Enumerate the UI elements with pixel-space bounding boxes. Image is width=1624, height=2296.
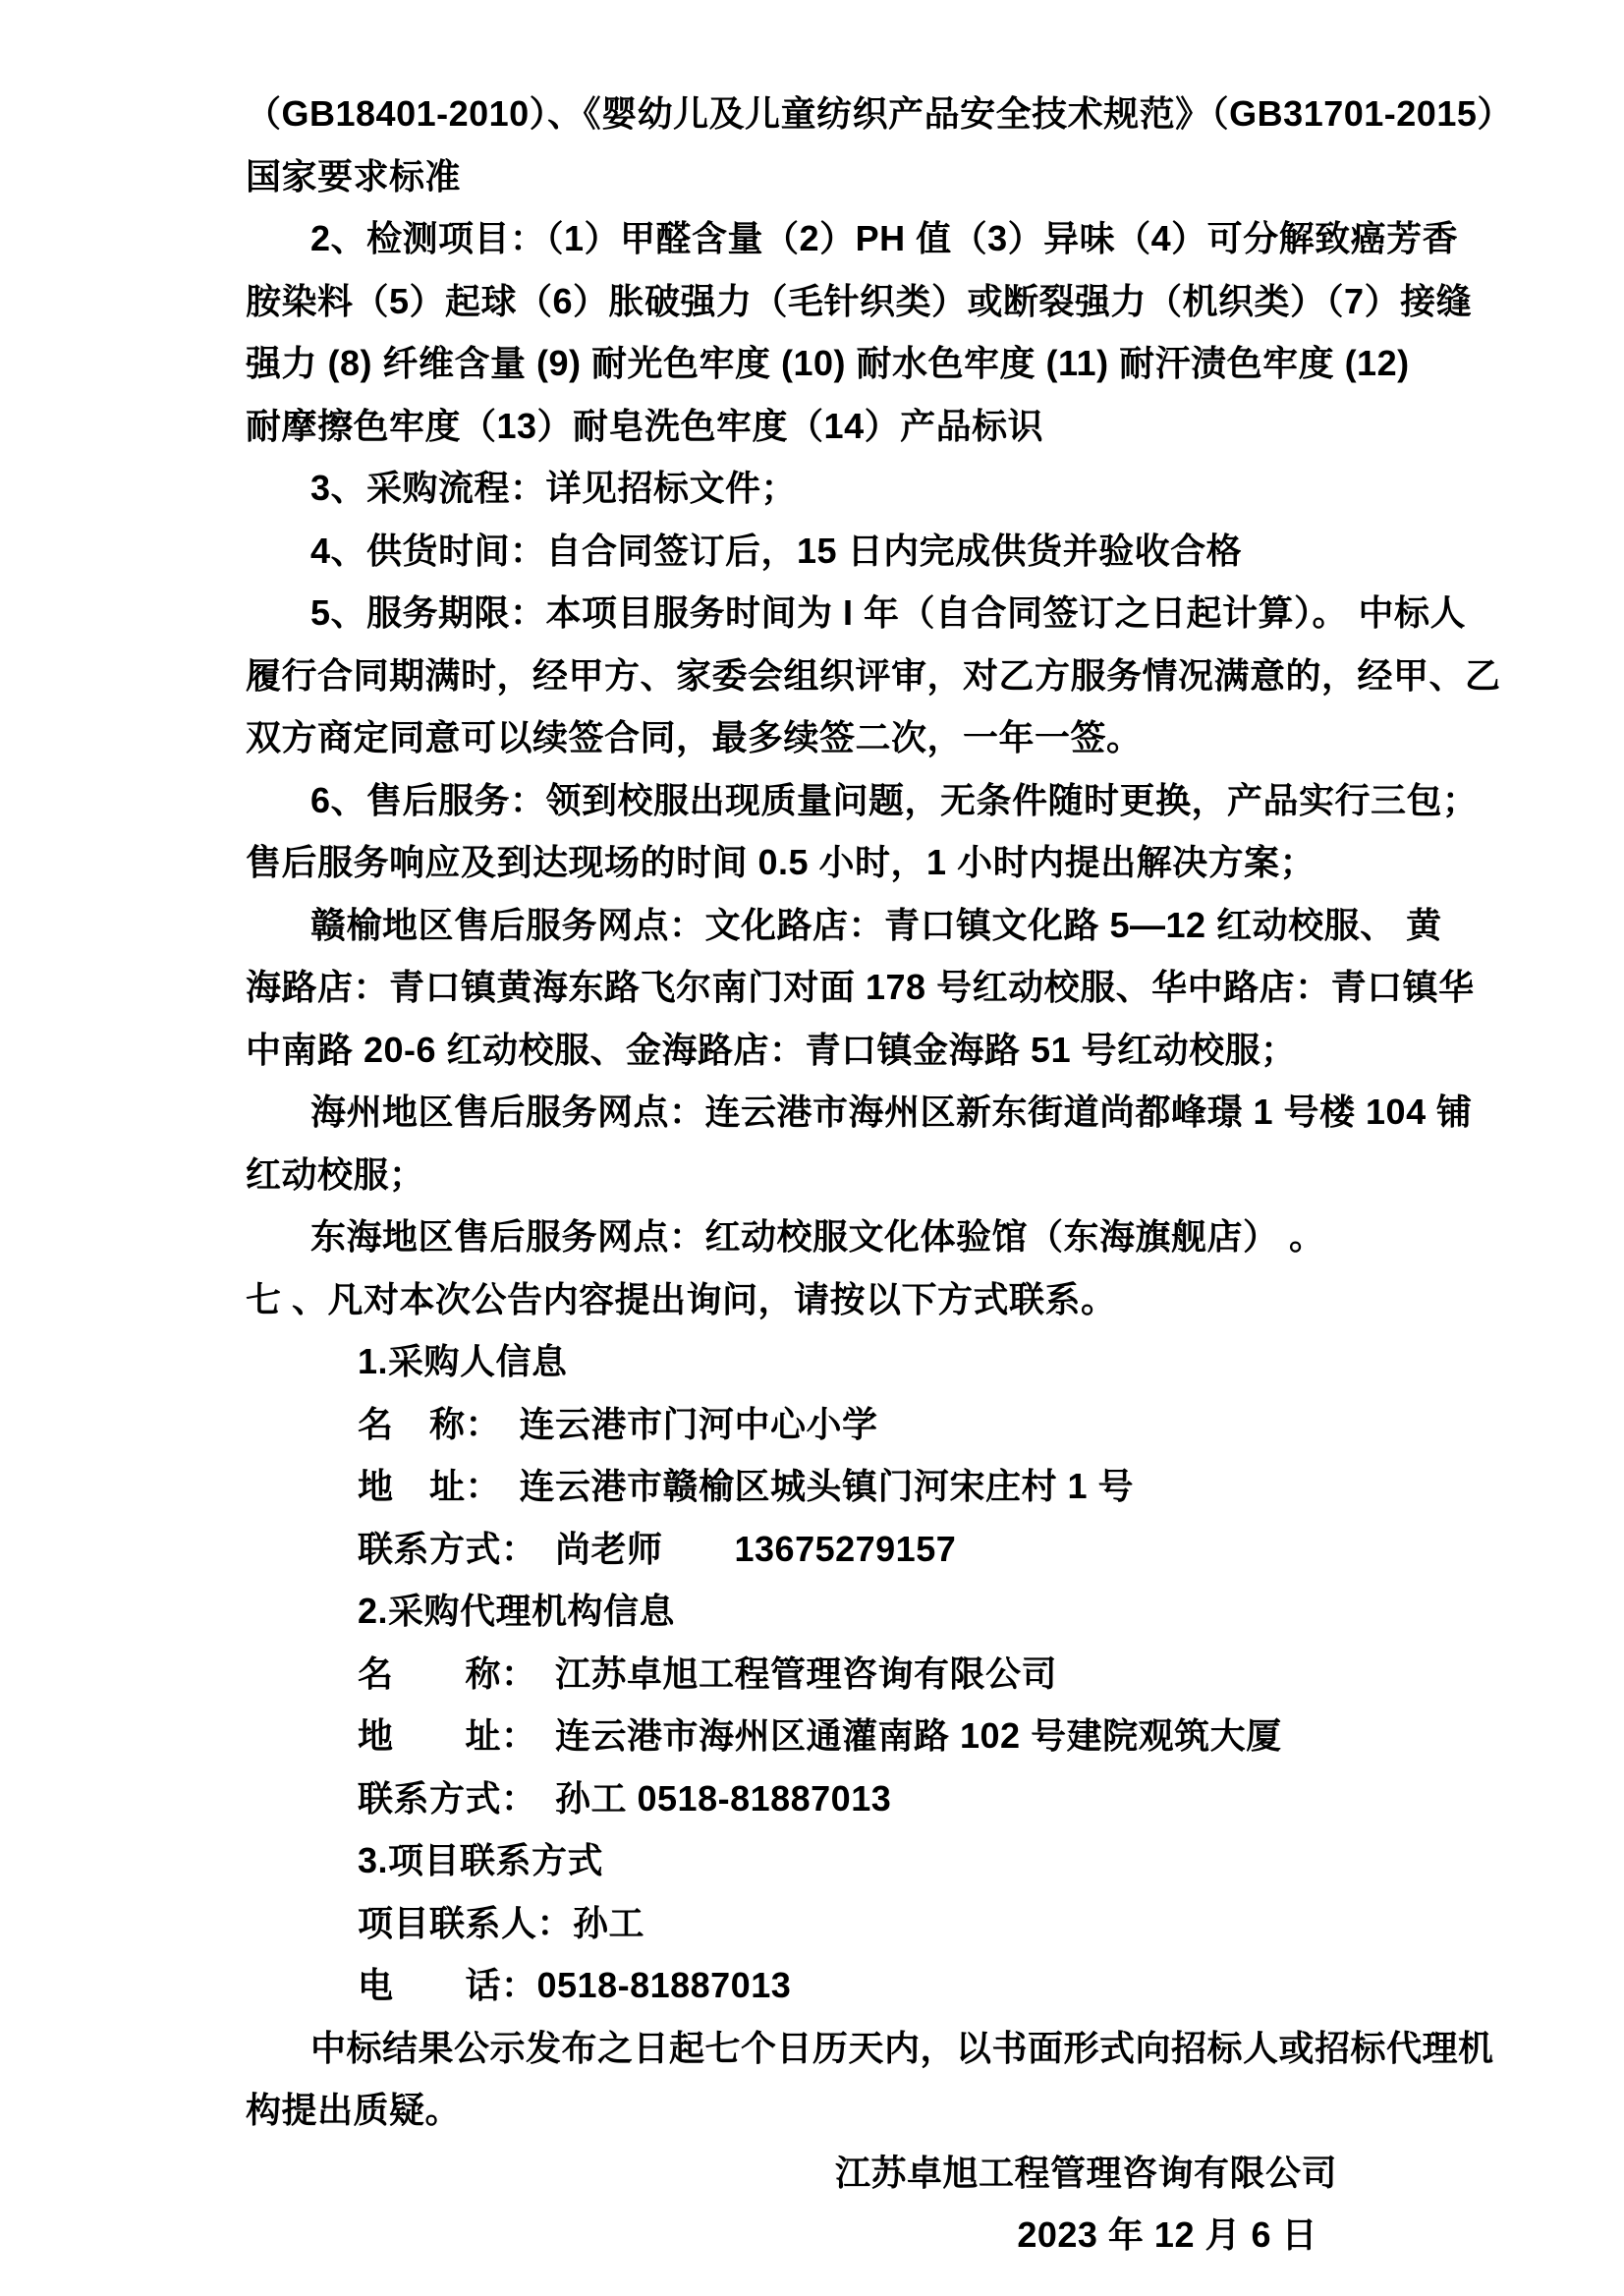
doc-line: 海路店：青口镇黄海东路飞尔南门对面 178 号红动校服、华中路店：青口镇华 bbox=[246, 956, 1380, 1019]
doc-line: 双方商定同意可以续签合同，最多续签二次，一年一签。 bbox=[246, 706, 1380, 769]
purchaser-address: 地 址： 连云港市赣榆区城头镇门河宋庄村 1 号 bbox=[246, 1455, 1380, 1518]
agency-address: 地 址： 连云港市海州区通灌南路 102 号建院观筑大厦 bbox=[246, 1705, 1380, 1767]
doc-line: 红动校服； bbox=[246, 1144, 1380, 1206]
purchaser-contact: 联系方式： 尚老师 13675279157 bbox=[246, 1518, 1380, 1581]
purchaser-info-heading: 1.采购人信息 bbox=[246, 1330, 1380, 1393]
doc-line: 6、售后服务：领到校服出现质量问题，无条件随时更换，产品实行三包； bbox=[246, 769, 1380, 832]
doc-line: 海州地区售后服务网点：连云港市海州区新东街道尚都峰璟 1 号楼 104 铺 bbox=[246, 1081, 1380, 1144]
project-contact-heading: 3.项目联系方式 bbox=[246, 1829, 1380, 1892]
doc-line: 东海地区售后服务网点：红动校服文化体验馆（东海旗舰店） 。 bbox=[246, 1205, 1380, 1268]
doc-line: 胺染料（5）起球（6）胀破强力（毛针织类）或断裂强力（机织类）（7）接缝 bbox=[246, 270, 1380, 333]
document-body: （GB18401-2010）、《婴幼儿及儿童纺织产品安全技术规范》（GB3170… bbox=[246, 83, 1380, 2267]
agency-name: 名 称： 江苏卓旭工程管理咨询有限公司 bbox=[246, 1643, 1380, 1706]
doc-line: 售后服务响应及到达现场的时间 0.5 小时，1 小时内提出解决方案； bbox=[246, 831, 1380, 894]
doc-line: 赣榆地区售后服务网点：文化路店：青口镇文化路 5—12 红动校服、 黄 bbox=[246, 894, 1380, 957]
agency-info-heading: 2.采购代理机构信息 bbox=[246, 1580, 1380, 1643]
agency-contact: 联系方式： 孙工 0518-81887013 bbox=[246, 1767, 1380, 1830]
doc-line: 5、服务期限：本项目服务时间为 I 年（自合同签订之日起计算）。 中标人 bbox=[246, 582, 1380, 644]
doc-line: 4、供货时间：自合同签订后，15 日内完成供货并验收合格 bbox=[246, 520, 1380, 583]
doc-line: 中标结果公示发布之日起七个日历天内，以书面形式向招标人或招标代理机 bbox=[246, 2017, 1380, 2080]
doc-line: 构提出质疑。 bbox=[246, 2079, 1380, 2142]
document-page: （GB18401-2010）、《婴幼儿及儿童纺织产品安全技术规范》（GB3170… bbox=[0, 0, 1624, 2296]
doc-line: 强力 (8) 纤维含量 (9) 耐光色牢度 (10) 耐水色牢度 (11) 耐汗… bbox=[246, 332, 1380, 395]
doc-line: 3、采购流程：详见招标文件； bbox=[246, 457, 1380, 520]
doc-line: 中南路 20-6 红动校服、金海路店：青口镇金海路 51 号红动校服； bbox=[246, 1019, 1380, 1082]
project-contact-person: 项目联系人：孙工 bbox=[246, 1892, 1380, 1955]
project-contact-phone: 电 话：0518-81887013 bbox=[246, 1954, 1380, 2017]
signature-company-line: 江苏卓旭工程管理咨询有限公司 bbox=[246, 2142, 1380, 2205]
section-heading: 七 、凡对本次公告内容提出询问，请按以下方式联系。 bbox=[246, 1268, 1380, 1331]
signature-date-line: 2023 年 12 月 6 日 bbox=[246, 2204, 1380, 2267]
doc-line: （GB18401-2010）、《婴幼儿及儿童纺织产品安全技术规范》（GB3170… bbox=[246, 83, 1380, 145]
doc-line: 2、检测项目：（1）甲醛含量（2）PH 值（3）异味（4）可分解致癌芳香 bbox=[246, 207, 1380, 270]
purchaser-name: 名 称： 连云港市门河中心小学 bbox=[246, 1393, 1380, 1456]
doc-line: 国家要求标准 bbox=[246, 145, 1380, 208]
doc-line: 履行合同期满时，经甲方、家委会组织评审，对乙方服务情况满意的，经甲、乙 bbox=[246, 644, 1380, 707]
doc-line: 耐摩擦色牢度（13）耐皂洗色牢度（14）产品标识 bbox=[246, 395, 1380, 458]
